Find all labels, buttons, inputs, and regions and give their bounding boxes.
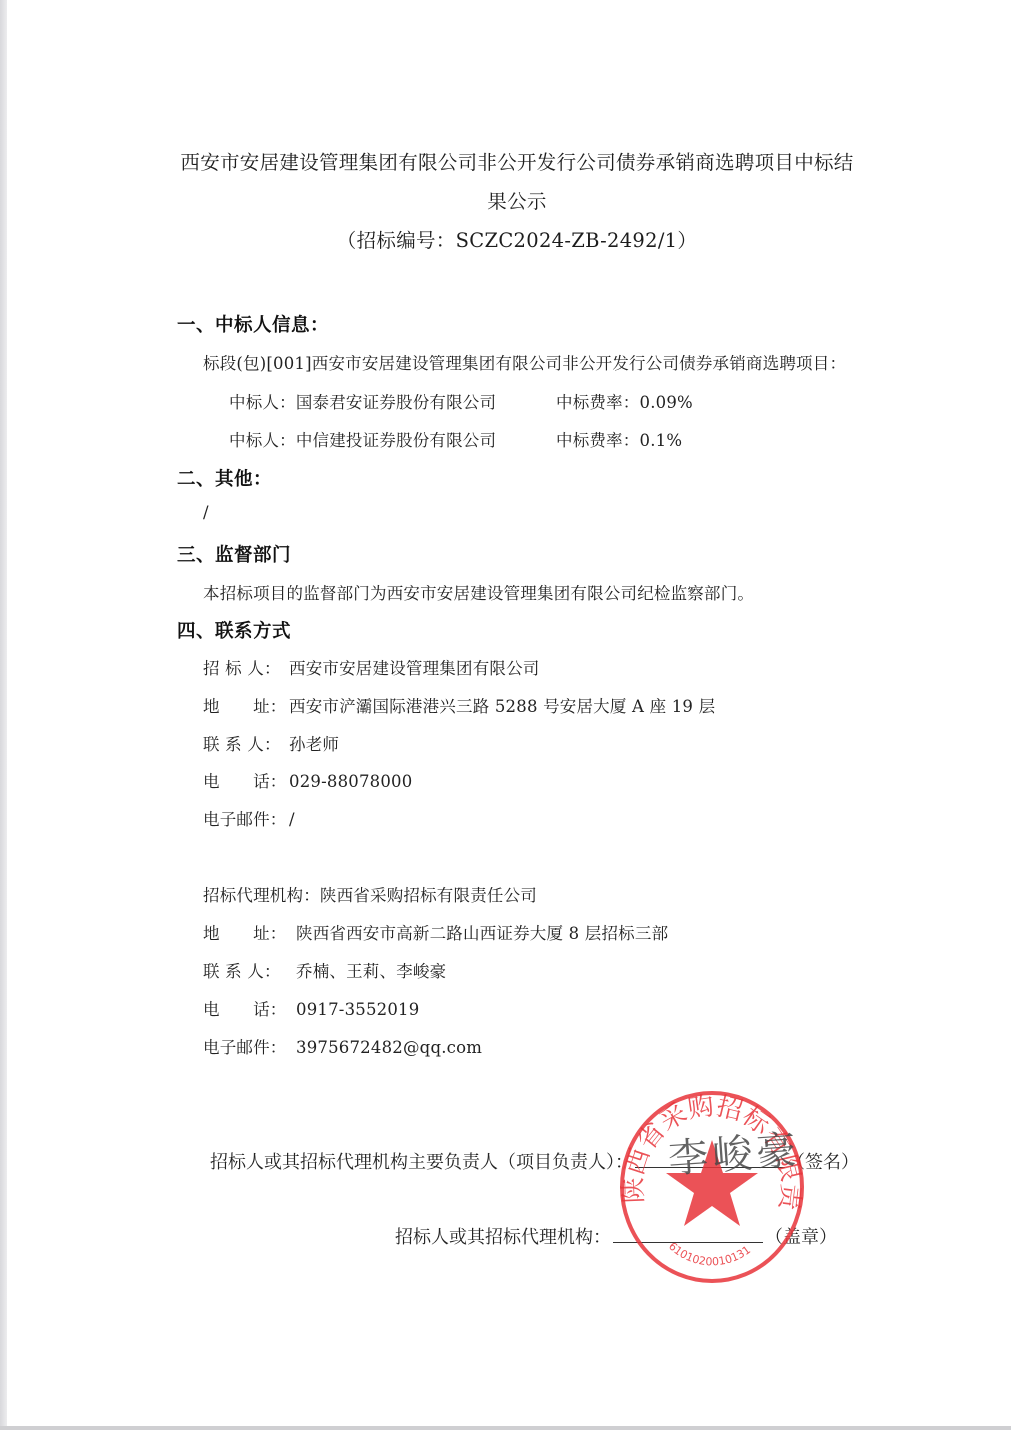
tenderer-phone-row: 电 话：029-88078000 [203,768,412,792]
winner-rate: 中标费率：0.1% [556,427,682,451]
field-value: 3975672482@qq.com [296,1038,482,1057]
field-value: 乔楠、王莉、李峻豪 [296,962,446,981]
signature-line-seal: 招标人或其招标代理机构：（盖章） [395,1223,837,1249]
seal-label: 招标人或其招标代理机构： [395,1227,611,1248]
field-value: 陕西省采购招标有限责任公司 [320,886,537,905]
document-title-line1: 西安市安居建设管理集团有限公司非公开发行公司债券承销商选聘项目中标结 [150,147,884,175]
seal-suffix: （盖章） [765,1227,837,1248]
supervision-content: 本招标项目的监督部门为西安市安居建设管理集团有限公司纪检监察部门。 [203,580,754,604]
rate-label: 中标费率： [556,431,640,450]
company-seal-stamp: 陕西省采购招标有限责任公司 6101020010131 [617,1090,807,1285]
agency-name-row: 招标代理机构：陕西省采购招标有限责任公司 [203,882,537,906]
winner-row: 中标人：国泰君安证券股份有限公司 [229,389,496,413]
tenderer-contact-row: 联 系 人：孙老师 [203,731,339,755]
winner-name: 国泰君安证券股份有限公司 [296,393,496,412]
section-heading-winner-info: 一、中标人信息： [177,311,329,337]
field-value: / [289,810,295,829]
rate-value: 0.1% [640,431,683,450]
rate-value: 0.09% [640,393,693,412]
field-value: 西安市浐灞国际港港兴三路 5288 号安居大厦 A 座 19 层 [289,697,715,716]
field-label: 电 话： [203,768,289,792]
tenderer-address-row: 地 址：西安市浐灞国际港港兴三路 5288 号安居大厦 A 座 19 层 [203,693,715,717]
field-value: 孙老师 [289,735,339,754]
agency-email-row: 电子邮件：3975672482@qq.com [203,1034,482,1058]
rate-label: 中标费率： [556,393,640,412]
field-label: 联 系 人： [203,958,296,982]
seal-blank [613,1224,763,1243]
field-label: 招 标 人： [203,655,289,679]
document-title-line2: 果公示 [150,186,884,214]
tenderer-email-row: 电子邮件：/ [203,806,295,830]
field-label: 招标代理机构： [203,886,320,905]
tenderer-name-row: 招 标 人：西安市安居建设管理集团有限公司 [203,655,540,679]
signature-line-principal: 招标人或其招标代理机构主要负责人（项目负责人）：（签名） [210,1148,859,1174]
winner-label: 中标人： [229,431,296,450]
field-value: 陕西省西安市高新二路山西证券大厦 8 层招标三部 [296,924,668,943]
lot-description: 标段(包)[001]西安市安居建设管理集团有限公司非公开发行公司债券承销商选聘项… [203,350,846,374]
signature-blank [635,1149,785,1168]
field-label: 电子邮件： [203,806,289,830]
section-heading-supervision: 三、监督部门 [177,541,291,567]
agency-contact-row: 联 系 人：乔楠、王莉、李峻豪 [203,958,446,982]
field-label: 地 址： [203,693,289,717]
field-value: 029-88078000 [289,772,412,791]
field-label: 电子邮件： [203,1034,296,1058]
winner-row: 中标人：中信建投证券股份有限公司 [229,427,496,451]
agency-phone-row: 电 话：0917-3552019 [203,996,419,1020]
field-label: 电 话： [203,996,296,1020]
section-heading-other: 二、其他： [177,465,272,491]
field-label: 地 址： [203,920,296,944]
winner-rate: 中标费率：0.09% [556,389,693,413]
winner-label: 中标人： [229,393,296,412]
other-content: / [203,503,209,522]
tender-number: （招标编号：SCZC2024-ZB-2492/1） [150,225,884,253]
field-value: 西安市安居建设管理集团有限公司 [289,659,540,678]
agency-address-row: 地 址：陕西省西安市高新二路山西证券大厦 8 层招标三部 [203,920,668,944]
winner-name: 中信建投证券股份有限公司 [296,431,496,450]
document-page: 西安市安居建设管理集团有限公司非公开发行公司债券承销商选聘项目中标结 果公示 （… [0,0,1011,1430]
section-heading-contact: 四、联系方式 [177,617,291,643]
signature-label: 招标人或其招标代理机构主要负责人（项目负责人）： [210,1152,633,1173]
field-value: 0917-3552019 [296,1000,419,1019]
field-label: 联 系 人： [203,731,289,755]
signature-suffix: （签名） [787,1152,859,1173]
